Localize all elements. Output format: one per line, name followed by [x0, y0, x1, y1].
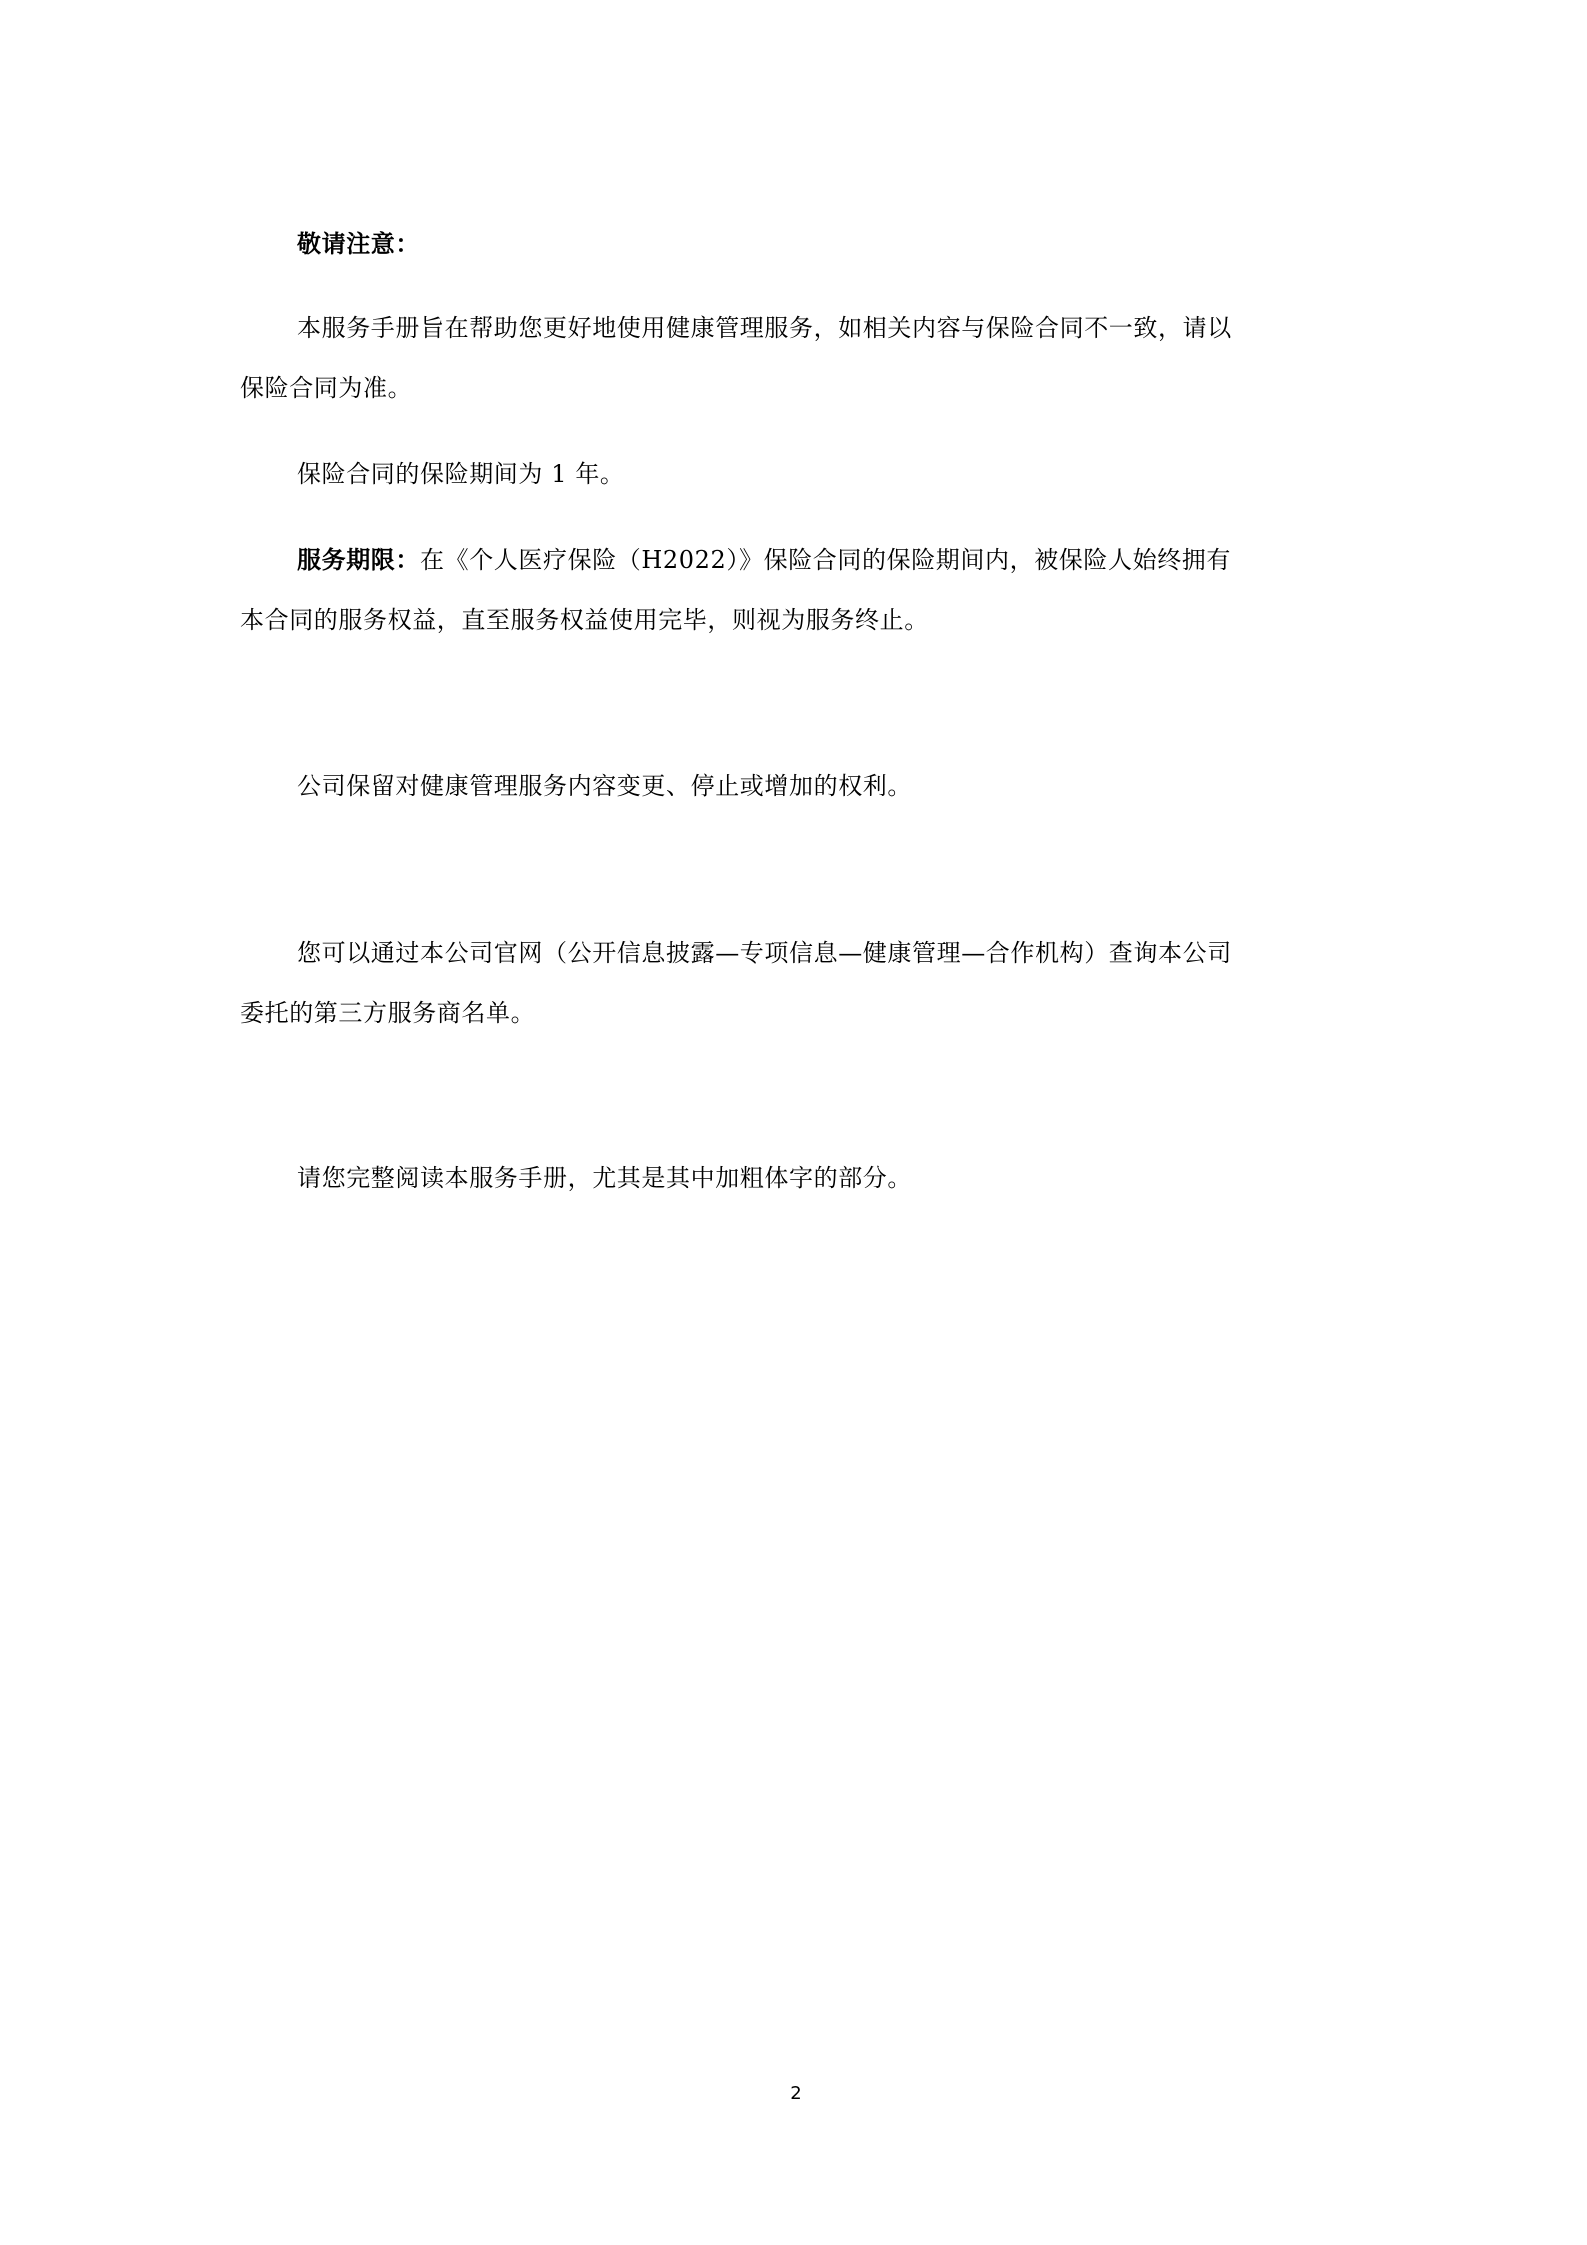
notice-heading: 敬请注意：: [297, 229, 420, 259]
document-page: 敬请注意： 本服务手册旨在帮助您更好地使用健康管理服务，如相关内容与保险合同不一…: [0, 0, 1587, 2245]
paragraph-service-term-line-2: 本合同的服务权益，直至服务权益使用完毕，则视为服务终止。: [240, 605, 929, 635]
service-term-text: 在《个人医疗保险（H2022）》保险合同的保险期间内，被保险人始终拥有: [420, 546, 1231, 574]
service-term-label: 服务期限：: [297, 545, 420, 574]
paragraph-provider-list-line-2: 委托的第三方服务商名单。: [240, 998, 535, 1028]
paragraph-read-fully: 请您完整阅读本服务手册，尤其是其中加粗体字的部分。: [297, 1163, 912, 1193]
paragraph-handbook-purpose-line-2: 保险合同为准。: [240, 373, 412, 403]
paragraph-rights-reserved: 公司保留对健康管理服务内容变更、停止或增加的权利。: [297, 771, 912, 801]
paragraph-provider-list-line-1: 您可以通过本公司官网（公开信息披露—专项信息—健康管理—合作机构）查询本公司: [297, 938, 1232, 968]
page-number: 2: [786, 2082, 806, 2106]
paragraph-service-term-line-1: 服务期限：在《个人医疗保险（H2022）》保险合同的保险期间内，被保险人始终拥有: [297, 545, 1231, 575]
paragraph-handbook-purpose-line-1: 本服务手册旨在帮助您更好地使用健康管理服务，如相关内容与保险合同不一致，请以: [297, 313, 1232, 343]
paragraph-insurance-period: 保险合同的保险期间为 1 年。: [297, 459, 625, 489]
